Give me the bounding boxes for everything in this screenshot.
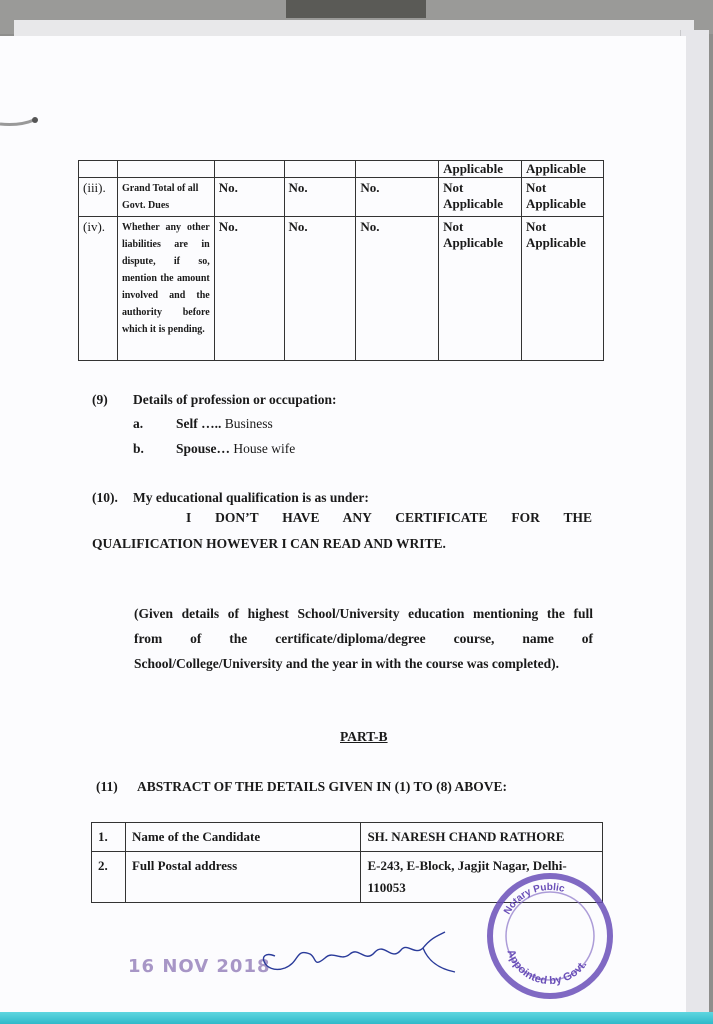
binding-thread-icon [0, 116, 40, 128]
row-label: Full Postal address [125, 852, 361, 903]
cell: No. [284, 217, 356, 361]
cell: No. [284, 178, 356, 217]
cell: No. [356, 178, 439, 217]
cell: Not Applicable [439, 178, 522, 217]
item-letter: a. [133, 416, 143, 432]
section-11-number: (11) [96, 779, 118, 795]
row-label: Name of the Candidate [125, 823, 361, 852]
date-stamp: 16 NOV 2018 [128, 956, 271, 977]
education-note-line-2: from of the certificate/diploma/degree c… [134, 631, 593, 647]
section-9-number: (9) [92, 392, 108, 408]
section-11-title: ABSTRACT OF THE DETAILS GIVEN IN (1) TO … [137, 779, 507, 795]
cell: Not Applicable [439, 217, 522, 361]
occupation-self: Self ….. Business [176, 416, 273, 432]
section-10-number: (10). [92, 490, 118, 506]
table-row: (iv). Whether any other liabilities are … [79, 217, 604, 361]
qualification-line-1: I DON’T HAVE ANY CERTIFICATE FOR THE [186, 510, 592, 526]
row-number: (iii). [79, 178, 118, 217]
liabilities-table: Applicable Applicable (iii). Grand Total… [78, 160, 604, 361]
notary-stamp-icon: Notary Public Appointed by Govt. [484, 870, 616, 1002]
row-number: (iv). [79, 217, 118, 361]
part-b-heading: PART-B [340, 729, 388, 745]
cell: Applicable [522, 161, 604, 178]
item-letter: b. [133, 441, 144, 457]
scanner-clip [286, 0, 426, 18]
svg-text:Appointed by Govt.: Appointed by Govt. [504, 948, 589, 987]
row-number: 1. [92, 823, 126, 852]
qualification-line-2: QUALIFICATION HOWEVER I CAN READ AND WRI… [92, 536, 446, 552]
section-10-title: My educational qualification is as under… [133, 490, 369, 506]
row-label: Grand Total of all Govt. Dues [117, 178, 214, 217]
cell: No. [214, 217, 284, 361]
occupation-spouse: Spouse… House wife [176, 441, 295, 457]
section-9-title: Details of profession or occupation: [133, 392, 337, 408]
table-row: 1. Name of the Candidate SH. NARESH CHAN… [92, 823, 603, 852]
cell: Not Applicable [522, 178, 604, 217]
scanner-bottom-edge [0, 1012, 713, 1024]
cell: No. [356, 217, 439, 361]
table-row: (iii). Grand Total of all Govt. Dues No.… [79, 178, 604, 217]
education-note-line-1: (Given details of highest School/Univers… [134, 606, 593, 622]
cell: No. [214, 178, 284, 217]
signature-icon [255, 928, 465, 978]
row-label: Whether any other liabilities are in dis… [117, 217, 214, 361]
cell: Applicable [439, 161, 522, 178]
table-row: Applicable Applicable [79, 161, 604, 178]
cell: Not Applicable [522, 217, 604, 361]
education-note-line-3: School/College/University and the year i… [134, 656, 559, 672]
candidate-name: SH. NARESH CHAND RATHORE [361, 823, 603, 852]
row-number: 2. [92, 852, 126, 903]
